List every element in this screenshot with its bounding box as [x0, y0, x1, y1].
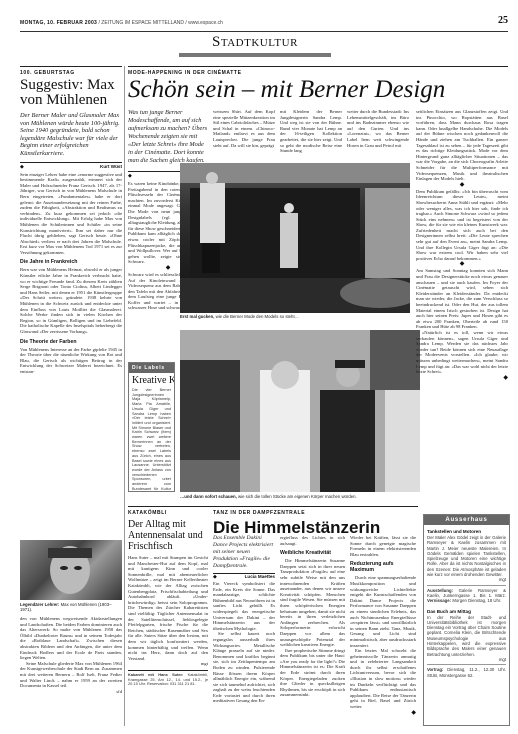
body-text: Dem Publikum gefällts: «Ich bin überrasc…: [416, 189, 508, 262]
fitting-image-icon: [180, 330, 420, 492]
subhead: Die Jahre in Frankreich: [20, 259, 122, 265]
item-info: Ausstellung: Galerie Ramseyer & Kaelin, …: [427, 588, 506, 604]
body-text: seitlichen Einsätzen aus Glanzstoffen ze…: [416, 109, 508, 182]
body-text: «Natürlich ist es toll, wenn wir etwas v…: [416, 330, 508, 375]
caption-text: wie sich die tollen Stücke am eigenen Kö…: [237, 494, 357, 499]
caption-bold: Erst mal gucken,: [180, 314, 214, 319]
kicker: Katakömbli: [128, 510, 208, 516]
bullet-icon: ◆: [416, 261, 508, 268]
body-text: Durch eine spannungserhaltende Musikkomp…: [350, 575, 416, 648]
lead: Was tun junge Berner Modeschaffende, um …: [128, 109, 208, 165]
headline: Schön sein – mit Berner Design: [128, 76, 508, 104]
main-article-header: Mode-Happening in der Cinématte Schön se…: [128, 66, 508, 104]
dance-article-col1: Das Ensemble Dakini Dance Projects elekt…: [213, 535, 275, 704]
body-text: Ihre prophetische Stimme dringt dem Publ…: [280, 648, 345, 698]
left-article: 100. Geburtstag Suggestiv: Max von Mühle…: [20, 66, 122, 375]
page-number: 25: [498, 16, 508, 26]
box-header: Die Labels: [129, 363, 174, 373]
main-article-col5: seitlichen Einsätzen aus Glanzstoffen ze…: [416, 109, 508, 382]
fitting-photo: [180, 330, 420, 492]
section-title: Stadtkultur: [180, 34, 330, 51]
main-article-col2: weissem Shirt. Auf dem Kopf eine speziel…: [213, 109, 275, 148]
body-text: Die Himmelstänzerin Susanne Daeppen setz…: [280, 558, 345, 648]
body-text: den von Mühlenens wegweisende Aktdarstel…: [20, 616, 122, 661]
body-text: Sein einziger Lehrer habe eine «enorme s…: [20, 172, 122, 256]
bullet-icon: ◆: [350, 710, 416, 717]
signature: sfd: [20, 689, 122, 695]
body-text: Am Samstag und Sonntag konnten sich Mann…: [416, 268, 508, 330]
bullet-icon: ◆: [416, 182, 508, 189]
item-body: Der Maler Alex Gödel zeigt in der Galeri…: [427, 535, 506, 577]
lead: Der Berner Maler und Glasmaler Max von M…: [20, 112, 122, 158]
stage-photo: [180, 163, 410, 313]
event-info: Kabarett mit Hans Suter: Katakömbli, Kra…: [128, 673, 208, 687]
byline: Lucia Maettes: [245, 574, 275, 581]
kabarett-article: Katakömbli Der Alltag mit Antennensalat …: [128, 510, 208, 687]
body-text: Seine Malschule gliederte Max von Mühlen…: [20, 661, 122, 689]
issue-date: MONTAG, 10. FEBRUAR 2003: [20, 20, 97, 26]
body-text: Hans Suter – mal mit Stumpen im Gesicht …: [128, 555, 208, 661]
info-label: Vernissage:: [427, 598, 451, 603]
signature: mgt: [427, 577, 506, 582]
fitting-photo-caption: …und dann sofort schauen, wie sich die t…: [180, 494, 420, 499]
info-text: Morgen Dienstag, 18 Uhr.: [451, 598, 501, 603]
body-text: Ein letztes Mal schwebt die geheimnisvol…: [350, 648, 416, 710]
bullet-icon: ◆: [416, 375, 508, 382]
stage-photo-caption: Erst mal gucken, wie die Berner Mode den…: [180, 314, 410, 319]
stage-image-icon: [180, 163, 410, 313]
bullet-icon: ◆: [20, 164, 24, 171]
byline: Kurt Wüst: [100, 164, 122, 171]
portrait-photo: [20, 540, 122, 600]
labels-box: Die Labels Kreative Köpfe Die vier Berne…: [128, 362, 175, 492]
rule: [20, 162, 122, 163]
rule: [128, 670, 208, 671]
box-title: Kreative Köpfe: [129, 373, 174, 388]
item-info: Vortrag: Dienstag, 11.2., 12.30 Uhr. StU…: [427, 667, 506, 678]
main-article-col3: mit Kleidern der Berner Jungdesignerin S…: [280, 109, 342, 154]
lead: Das Ensemble Dakini Dance Projects elekt…: [213, 535, 275, 570]
headline: Der Alltag mit Antennensalat und Frischf…: [128, 519, 208, 552]
kicker: Tanz in der Dampfzentrale: [213, 510, 418, 516]
dance-article-col2: ergiefluss des Lichtes in sich aufsaugt.…: [280, 535, 345, 698]
main-article-col4: weiter durch die Bundesstadt: Ins Lebens…: [347, 109, 409, 148]
kicker: 100. Geburtstag: [20, 70, 122, 76]
rule: [128, 66, 508, 67]
subhead: Reduzierung aufs Maximum: [350, 561, 416, 573]
body-text: Ein Viereck symbolisiert die Erde, ein K…: [213, 581, 275, 631]
publication-info: / ZEITUNG IM ESPACE MITTELLAND / www.esp…: [97, 20, 223, 26]
info-label: Vortrag:: [427, 667, 443, 672]
bullet-icon: ◆: [213, 574, 217, 581]
caption-bold: …und dann sofort schauen,: [180, 494, 237, 499]
signature: mgt: [128, 661, 208, 667]
item-body: In der Reihe der Stadt- und Universitäts…: [427, 615, 506, 657]
dance-article-col3: Wieder bei Kräften, lässt sie die Sonne …: [350, 535, 416, 717]
body-text: Von Mühlenens Interesse an der Farbe gip…: [20, 347, 122, 375]
subhead: Die Theorie der Farben: [20, 339, 122, 345]
info-label: Ausstellung:: [427, 588, 453, 593]
subhead: Weibliche Kreativität: [280, 550, 345, 556]
body-text: Wieder bei Kräften, lässt sie die Sonne …: [350, 535, 416, 557]
body-text: Sie selbst kauert noch regungslos ausser…: [213, 631, 275, 704]
dance-article-header: Tanz in der Dampfzentrale Die Himmelstän…: [213, 510, 418, 538]
body-text: ergiefluss des Lichtes in sich aufsaugt.: [280, 535, 345, 546]
caption-text: wie die Berner Mode den Models so steht…: [214, 314, 299, 319]
bullet-icon: ◆: [128, 173, 132, 180]
body-text: Bern war von Mühlenens Heimat, obwohl er…: [20, 267, 122, 334]
box-body: Die vier Berner Jungdesignerinnen Maja K…: [129, 388, 174, 492]
ausserhaus-box: Ausserhaus Tankstellen und Motoren Der M…: [423, 514, 510, 726]
portrait-image-icon: [20, 540, 122, 600]
section-rule: [128, 506, 418, 507]
left-article-continued: den von Mühlenens wegweisende Aktdarstel…: [20, 616, 122, 694]
signature: mgt: [427, 657, 506, 662]
column-divider: [124, 66, 125, 726]
section-divider: [179, 53, 331, 57]
box-header: Ausserhaus: [424, 515, 509, 525]
headline: Suggestiv: Max von Mühlenen: [20, 78, 122, 108]
masthead: MONTAG, 10. FEBRUAR 2003 / ZEITUNG IM ES…: [20, 18, 508, 32]
item-title: Tankstellen und Motoren: [427, 529, 506, 534]
rule: [20, 66, 122, 67]
portrait-caption: Legendärer Lehrer: Max von Mühlenen (190…: [20, 602, 122, 612]
item-title: Das Buch am Mittag: [427, 609, 506, 614]
